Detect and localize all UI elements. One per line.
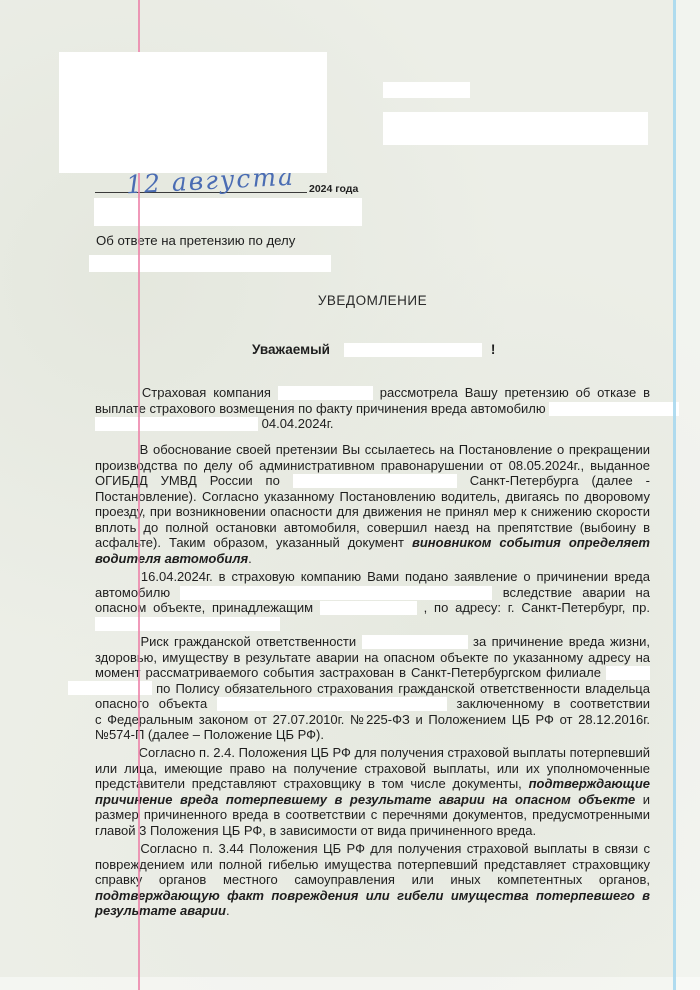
body-paragraph-1: Страховая компания рассмотрела Вашу прет… (95, 385, 650, 432)
body-text: Постановление). Согласно указанному Пост… (95, 489, 650, 504)
body-paragraph-6: Согласно п. 3.44 Положения ЦБ РФ для пол… (95, 841, 650, 919)
redaction-inline (606, 666, 650, 680)
salutation-prefix: Уважаемый (252, 342, 330, 357)
first-line-indent (95, 852, 135, 853)
body-text: асфальте). Таким образом, указанный доку… (95, 535, 404, 550)
text-line: с Федеральным законом от 27.07.2010г. №2… (95, 712, 650, 728)
text-line: автомобилю вследствие аварии на (95, 585, 650, 601)
body-paragraph-3: 16.04.2024г. в страховую компанию Вами п… (95, 569, 650, 631)
body-text: . (248, 551, 252, 566)
text-line: здоровью, имуществу в результате аварии … (95, 650, 650, 666)
text-line: ОГИБДД УМВД России по Санкт-Петербурга (… (95, 473, 650, 489)
text-line: водителя автомобиля. (95, 551, 650, 567)
body-text: вплоть до полной остановки автомобиля, с… (95, 520, 650, 535)
body-text: с Федеральным законом от 27.07.2010г. №2… (95, 712, 650, 727)
body-text: Согласно п. 2.4. Положения ЦБ РФ для пол… (139, 745, 650, 760)
redaction-header-right-2 (383, 112, 648, 145)
body-text: Риск гражданской ответственности (140, 634, 356, 649)
body-text: , по адресу: г. Санкт-Петербург, пр. (424, 600, 650, 615)
body-text: автомобилю (95, 585, 170, 600)
redaction-inline (95, 417, 258, 431)
redaction-inline (95, 617, 280, 631)
redaction-case-number (89, 255, 331, 272)
body-text: №574-П (далее – Положение ЦБ РФ). (95, 727, 324, 742)
body-text: момент рассматриваемого события застрахо… (95, 665, 601, 680)
body-paragraph-2: В обоснование своей претензии Вы ссылает… (95, 442, 650, 566)
body-paragraph-5: Согласно п. 2.4. Положения ЦБ РФ для пол… (95, 745, 650, 838)
text-line: вплоть до полной остановки автомобиля, с… (95, 520, 650, 536)
text-line: Согласно п. 3.44 Положения ЦБ РФ для пол… (95, 841, 650, 857)
first-line-indent (95, 756, 135, 757)
body-text: производства по делу об административном… (95, 458, 650, 473)
body-text: повреждением или полной гибелью имуществ… (95, 857, 650, 872)
text-line: 16.04.2024г. в страховую компанию Вами п… (95, 569, 650, 585)
document-title: УВЕДОМЛЕНИЕ (95, 293, 650, 308)
scanned-letter-page: 12 августа 2024 года Об ответе на претен… (0, 0, 700, 990)
text-line: по Полису обязательного страхования граж… (95, 681, 650, 697)
text-line: опасного объекта заключенному в соответс… (95, 696, 650, 712)
text-line: №574-П (далее – Положение ЦБ РФ). (95, 727, 650, 743)
body-text: главой 3 Положения ЦБ РФ, в зависимости … (95, 823, 536, 838)
body-text: 04.04.2024г. (262, 416, 334, 431)
redaction-addressee-name (344, 343, 482, 357)
text-line: причинение вреда потерпевшему в результа… (95, 792, 650, 808)
text-line: результате аварии. (95, 903, 650, 919)
body-text: опасного объекта (95, 696, 207, 711)
text-line: подтверждающую факт повреждения или гибе… (95, 888, 650, 904)
text-line: главой 3 Положения ЦБ РФ, в зависимости … (95, 823, 650, 839)
first-line-indent (95, 396, 135, 397)
emphasis-text: подтверждающую факт повреждения или гибе… (95, 888, 650, 903)
scan-edge-right (676, 0, 700, 990)
text-line: размер причиненного вреда в соответствии… (95, 807, 650, 823)
body-text: справку органов местного самоуправления … (95, 872, 650, 887)
body-text: 16.04.2024г. в страховую компанию Вами п… (141, 569, 650, 584)
text-line: производства по делу об административном… (95, 458, 650, 474)
body-text: проезду, при возникновении опасности для… (95, 504, 650, 519)
text-line: Страховая компания рассмотрела Вашу прет… (95, 385, 650, 401)
text-line: асфальте). Таким образом, указанный доку… (95, 535, 650, 551)
salutation-suffix: ! (491, 342, 496, 357)
first-line-indent (95, 580, 135, 581)
body-text: представители представляют страховщику в… (95, 776, 522, 791)
body-text: рассмотрела Вашу претензию об отказе в (380, 385, 650, 400)
body-text: выплате страхового возмещения по факту п… (95, 401, 546, 416)
text-line: Согласно п. 2.4. Положения ЦБ РФ для пол… (95, 745, 650, 761)
body-text: Страховая компания (142, 385, 271, 400)
body-text: или лица, имеющие право на получение стр… (95, 761, 650, 776)
body-text: по Полису обязательного страхования граж… (156, 681, 650, 696)
emphasis-text: причинение вреда потерпевшему в результа… (95, 792, 635, 807)
text-line: представители представляют страховщику в… (95, 776, 650, 792)
text-line: опасном объекте, принадлежащим , по адре… (95, 600, 650, 616)
emphasis-text: результате аварии (95, 903, 226, 918)
redaction-reference-line (94, 198, 362, 226)
body-text: вследствие аварии на (503, 585, 650, 600)
body-paragraph-4: Риск гражданской ответственности за прич… (95, 634, 650, 743)
body-text: за причинение вреда жизни, (473, 634, 650, 649)
blue-scanner-streak (673, 0, 676, 990)
redaction-inline (293, 474, 457, 488)
text-line: 04.04.2024г. (95, 416, 650, 432)
text-line: Риск гражданской ответственности за прич… (95, 634, 650, 650)
emphasis-text: подтверждающие (529, 776, 650, 791)
salutation-line: Уважаемый! (95, 342, 650, 357)
first-line-indent (95, 692, 151, 693)
scan-edge-bottom (0, 977, 700, 990)
redaction-inline (217, 697, 447, 711)
text-line: момент рассматриваемого события застрахо… (95, 665, 650, 681)
date-year-label: 2024 года (309, 183, 358, 195)
text-line: повреждением или полной гибелью имуществ… (95, 857, 650, 873)
redaction-inline (549, 402, 679, 416)
text-line: Постановление). Согласно указанному Пост… (95, 489, 650, 505)
body-text: ОГИБДД УМВД России по (95, 473, 280, 488)
body-text: опасном объекте, принадлежащим (95, 600, 313, 615)
text-line (95, 616, 650, 632)
redaction-inline (362, 635, 468, 649)
text-line: выплате страхового возмещения по факту п… (95, 401, 650, 417)
body-text: заключенному в соответствии (457, 696, 650, 711)
text-line: В обоснование своей претензии Вы ссылает… (95, 442, 650, 458)
first-line-indent (95, 645, 135, 646)
body-text: здоровью, имуществу в результате аварии … (95, 650, 650, 665)
body-text: В обоснование своей претензии Вы ссылает… (140, 442, 650, 457)
emphasis-text: виновником события определяет (412, 535, 650, 550)
body-text: и (643, 792, 650, 807)
redaction-header-right-1 (383, 82, 470, 98)
body-text: размер причиненного вреда в соответствии… (95, 807, 650, 822)
text-line: проезду, при возникновении опасности для… (95, 504, 650, 520)
redaction-letterhead (59, 52, 327, 173)
text-line: или лица, имеющие право на получение стр… (95, 761, 650, 777)
redaction-inline (180, 586, 492, 600)
body-text: Согласно п. 3.44 Положения ЦБ РФ для пол… (140, 841, 650, 856)
subject-line: Об ответе на претензию по делу (96, 233, 295, 248)
text-line: справку органов местного самоуправления … (95, 872, 650, 888)
redaction-inline (320, 601, 417, 615)
redaction-inline (278, 386, 373, 400)
first-line-indent (95, 453, 135, 454)
body-text: . (226, 903, 230, 918)
body-text: Санкт-Петербурга (далее - (470, 473, 650, 488)
emphasis-text: водителя автомобиля (95, 551, 248, 566)
